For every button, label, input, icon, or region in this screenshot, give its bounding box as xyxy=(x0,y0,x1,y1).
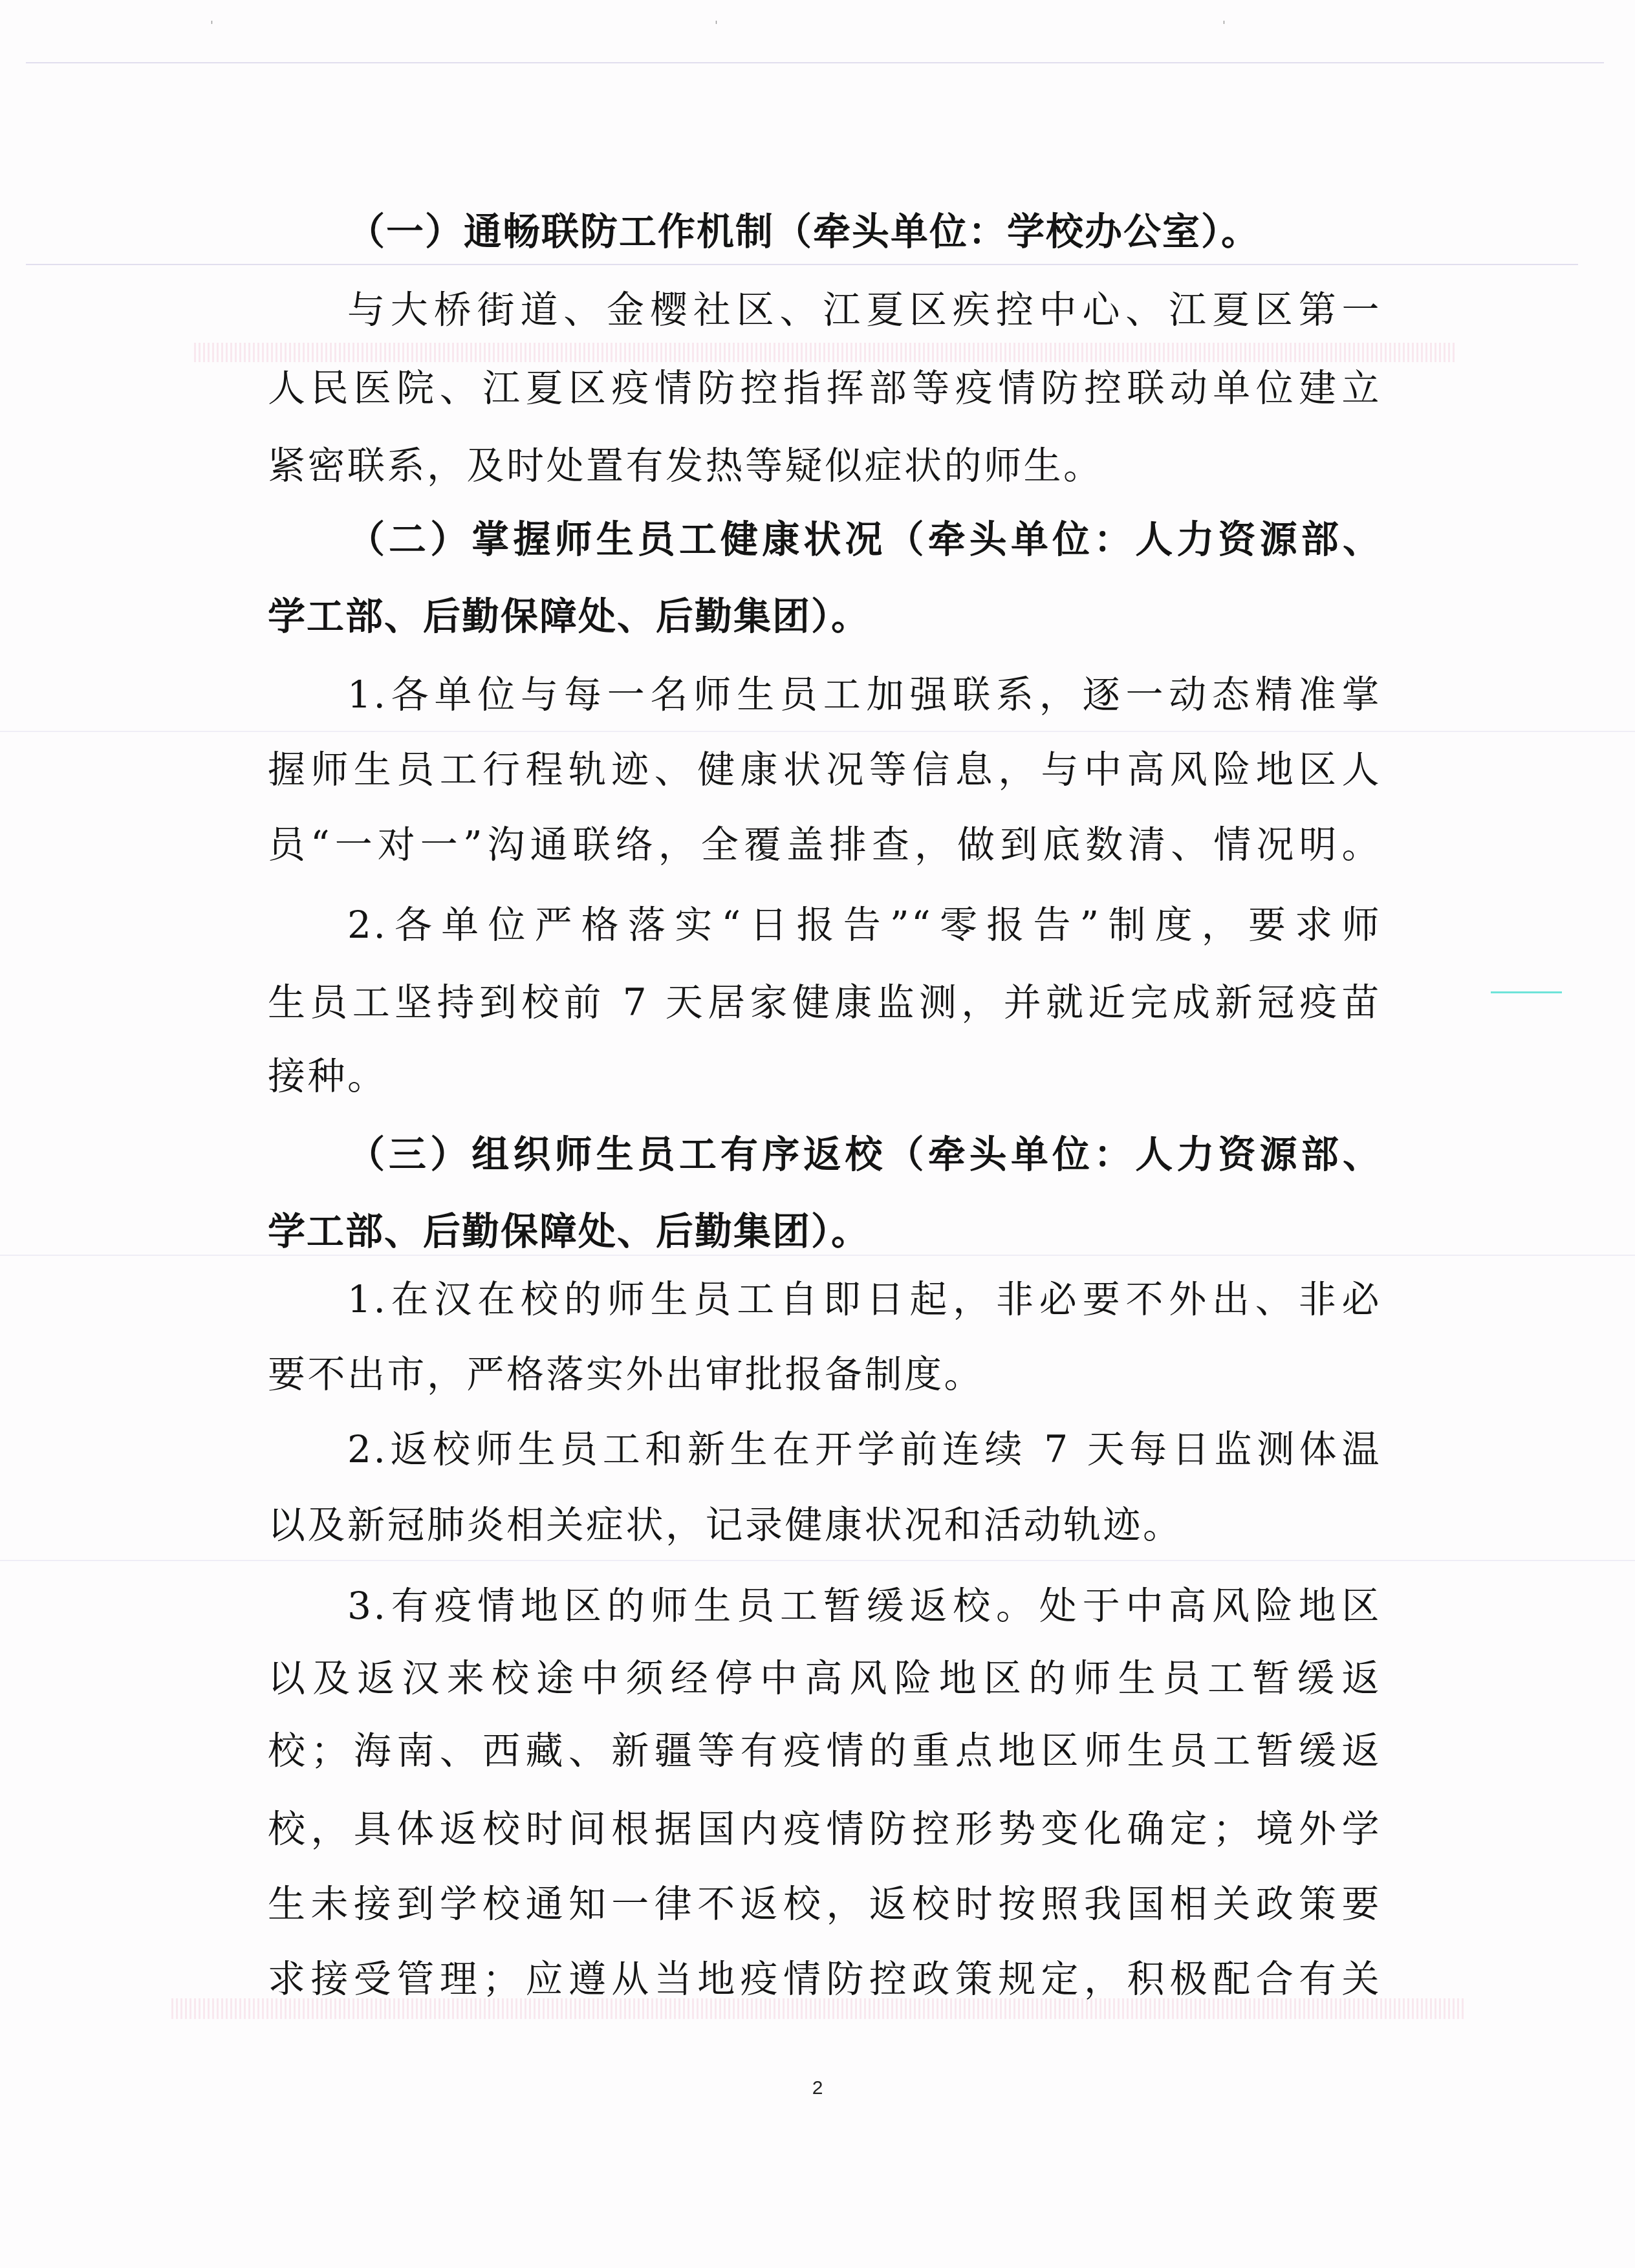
paragraph-line: 接种。 xyxy=(268,1053,1381,1099)
paragraph-line: 以及新冠肺炎相关症状，记录健康状况和活动轨迹。 xyxy=(268,1502,1381,1548)
scanned-page: ' ' ' （一）通畅联防工作机制（牵头单位：学校办公室）。 与大桥街道、金樱社… xyxy=(0,0,1635,2268)
scan-artifact-line xyxy=(0,731,1635,732)
scan-artifact-tick: ' xyxy=(1222,19,1226,33)
page-number: 2 xyxy=(0,2077,1635,2099)
section-heading-3: （三）组织师生员工有序返校（牵头单位：人力资源部、 xyxy=(347,1132,1381,1177)
scan-artifact-line xyxy=(0,1255,1635,1256)
paragraph-line: 2.返校师生员工和新生在开学前连续 7 天每日监测体温 xyxy=(347,1427,1381,1472)
paragraph-line: 校，具体返校时间根据国内疫情防控形势变化确定；境外学 xyxy=(268,1806,1381,1852)
paragraph-line: 3.有疫情地区的师生员工暂缓返校。处于中高风险地区 xyxy=(347,1583,1381,1628)
paragraph-line: 员“一对一”沟通联络，全覆盖排查，做到底数清、情况明。 xyxy=(268,822,1381,867)
section-heading-3-cont: 学工部、后勤保障处、后勤集团）。 xyxy=(268,1209,1381,1254)
paragraph-line: 求接受管理；应遵从当地疫情防控政策规定，积极配合有关 xyxy=(268,1956,1381,2002)
paragraph-line: 1.各单位与每一名师生员工加强联系，逐一动态精准掌 xyxy=(347,672,1381,717)
paragraph-line: 以及返汉来校途中须经停中高风险地区的师生员工暂缓返 xyxy=(268,1656,1381,1701)
scan-artifact-tick: ' xyxy=(715,19,718,33)
scan-artifact-line xyxy=(0,1560,1635,1561)
section-heading-2: （二）掌握师生员工健康状况（牵头单位：人力资源部、 xyxy=(347,517,1381,562)
paragraph-line: 2.各单位严格落实“日报告”“零报告”制度，要求师 xyxy=(347,902,1381,947)
paragraph-line: 握师生员工行程轨迹、健康状况等信息，与中高风险地区人 xyxy=(268,747,1381,792)
paragraph-line: 校；海南、西藏、新疆等有疫情的重点地区师生员工暂缓返 xyxy=(268,1728,1381,1773)
section-heading-2-cont: 学工部、后勤保障处、后勤集团）。 xyxy=(268,594,1381,639)
paragraph-line: 要不出市，严格落实外出审批报备制度。 xyxy=(268,1352,1381,1397)
bleed-through-band xyxy=(194,343,1455,362)
scan-artifact-line xyxy=(26,264,1578,265)
scan-artifact-line xyxy=(26,62,1604,63)
paragraph-line: 人民医院、江夏区疫情防控指挥部等疫情防控联动单位建立 xyxy=(268,365,1381,411)
paragraph-line: 生员工坚持到校前 7 天居家健康监测，并就近完成新冠疫苗 xyxy=(268,980,1381,1025)
paragraph-line: 生未接到学校通知一律不返校，返校时按照我国相关政策要 xyxy=(268,1881,1381,1927)
paragraph-line: 与大桥街道、金樱社区、江夏区疾控中心、江夏区第一 xyxy=(347,287,1381,332)
section-heading-1: （一）通畅联防工作机制（牵头单位：学校办公室）。 xyxy=(347,209,1381,254)
scan-artifact-tick: ' xyxy=(210,19,213,33)
scan-artifact-mark xyxy=(1491,991,1562,993)
paragraph-line: 1.在汉在校的师生员工自即日起，非必要不外出、非必 xyxy=(347,1277,1381,1322)
paragraph-line: 紧密联系，及时处置有发热等疑似症状的师生。 xyxy=(268,443,1381,488)
